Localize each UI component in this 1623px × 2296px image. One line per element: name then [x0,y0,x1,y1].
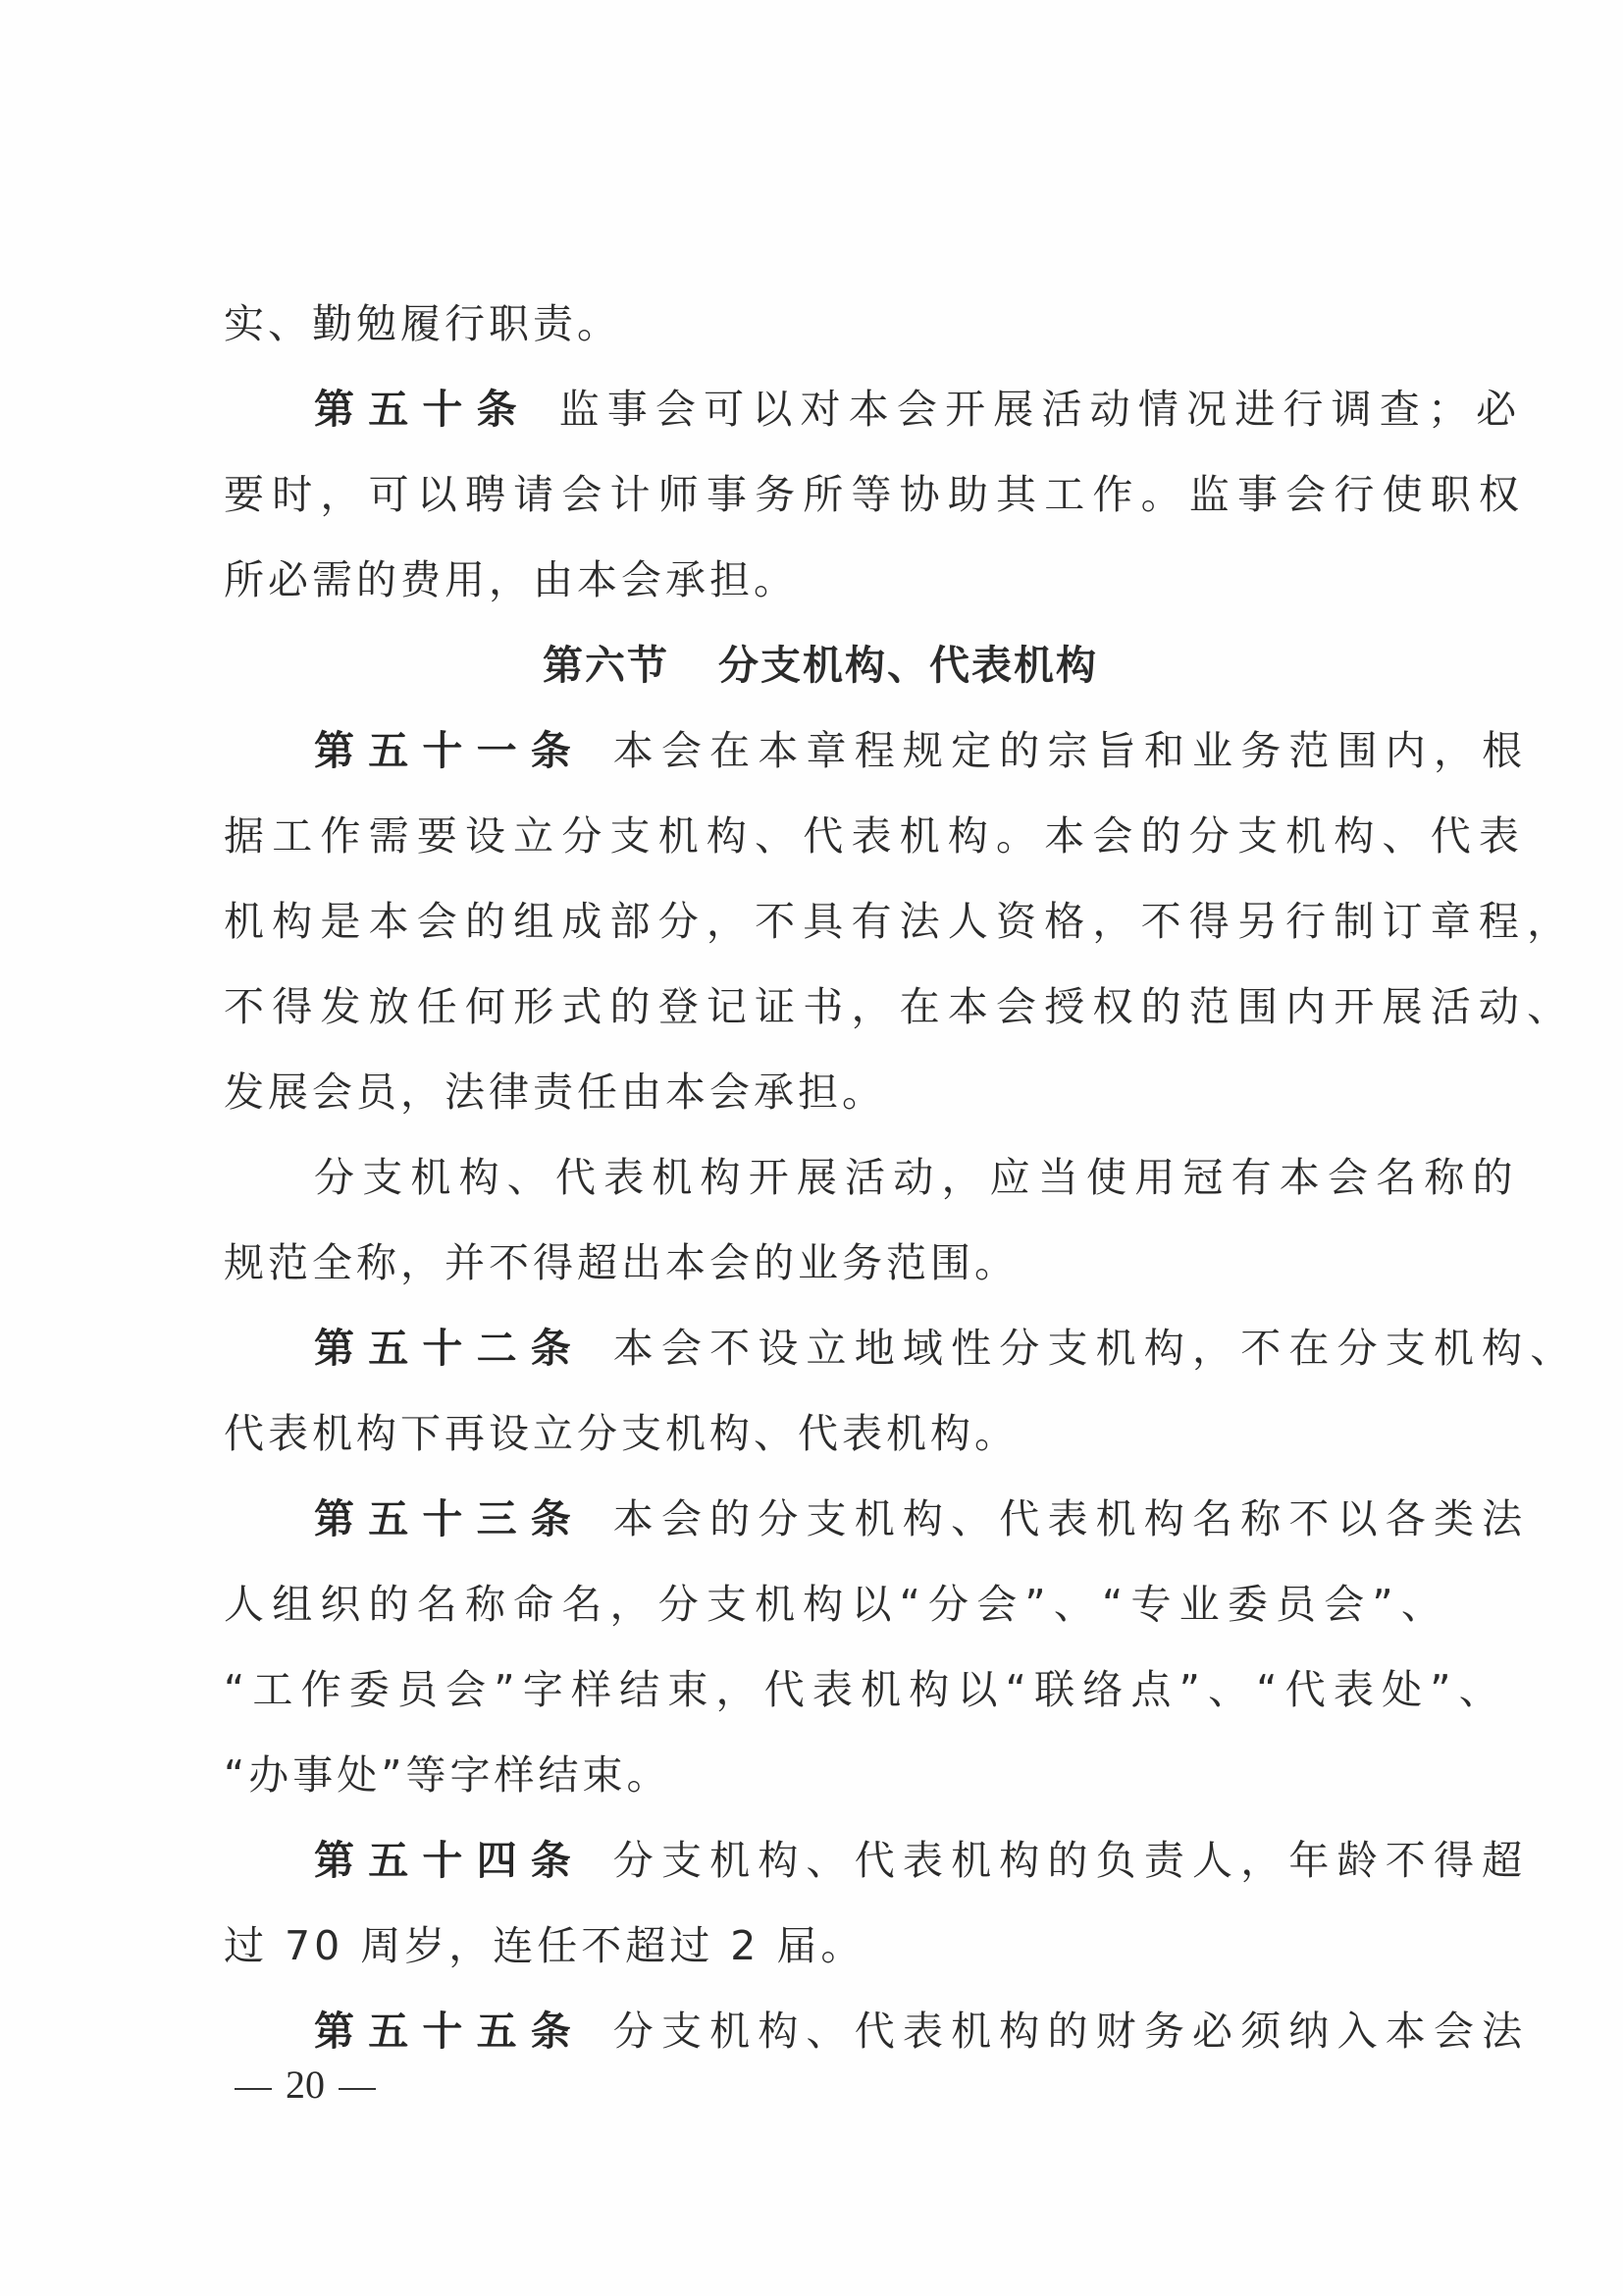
line-text: 本 会 的 分 支 机 构 、 代 表 机 构 名 称 不 以 各 类 法 [613,1495,1522,1542]
text-line: 机 构 是 本 会 的 组 成 部 分 ， 不 具 有 法 人 资 格 ， 不 … [224,879,1417,965]
line-text: 人 组 织 的 名 称 命 名 ， 分 支 机 构 以 “ 分 会 ” 、 “ … [224,1581,1441,1628]
line-text: 分 支 机 构 、 代 表 机 构 的 负 责 人 ， 年 龄 不 得 超 [613,1837,1522,1884]
line-text: 分 支 机 构 、 代 表 机 构 的 财 务 必 须 纳 入 本 会 法 [613,2008,1522,2055]
article-54-line: 第 五 十 四 条分 支 机 构 、 代 表 机 构 的 负 责 人 ， 年 龄… [224,1818,1417,1904]
line-text: 据 工 作 需 要 设 立 分 支 机 构 、 代 表 机 构 。 本 会 的 … [224,812,1519,860]
line-text: 代表机构下再设立分支机构、代表机构。 [224,1410,1019,1457]
line-text: 实、勤勉履行职责。 [224,300,621,347]
line-text: 不 得 发 放 任 何 形 式 的 登 记 证 书 ， 在 本 会 授 权 的 … [224,983,1567,1030]
line-text: 所必需的费用，由本会承担。 [224,556,798,603]
line-text: 本 会 在 本 章 程 规 定 的 宗 旨 和 业 务 范 围 内 ， 根 [613,727,1522,774]
article-51-line: 第 五 十 一 条本 会 在 本 章 程 规 定 的 宗 旨 和 业 务 范 围… [224,708,1417,794]
page-number: 20 [221,2061,390,2110]
text-line: 人 组 织 的 名 称 命 名 ， 分 支 机 构 以 “ 分 会 ” 、 “ … [224,1562,1417,1647]
article-label: 第 五 十 五 条 [314,2008,574,2055]
section-number: 第六节 [543,642,669,689]
line-text: 机 构 是 本 会 的 组 成 部 分 ， 不 具 有 法 人 资 格 ， 不 … [224,898,1567,945]
article-label: 第 五 十 四 条 [314,1837,574,1884]
line-text: 监 事 会 可 以 对 本 会 开 展 活 动 情 况 进 行 调 查 ； 必 [559,386,1517,433]
article-label: 第 五 十 二 条 [314,1325,574,1372]
line-text: 过 70 周岁，连任不超过 2 届。 [224,1922,864,1969]
document-page: 实、勤勉履行职责。 第 五 十 条监 事 会 可 以 对 本 会 开 展 活 动… [0,0,1623,2296]
line-text: 发展会员，法律责任由本会承担。 [224,1069,886,1116]
article-label: 第 五 十 条 [314,386,520,433]
article-label: 第 五 十 三 条 [314,1495,574,1542]
text-line: 规范全称，并不得超出本会的业务范围。 [224,1221,1417,1306]
line-text: “ 工 作 委 员 会 ” 字 样 结 束 ， 代 表 机 构 以 “ 联 络 … [224,1666,1499,1713]
text-line: 实、勤勉履行职责。 [224,282,1417,367]
article-label: 第 五 十 一 条 [314,727,574,774]
text-line: “办事处”等字样结束。 [224,1733,1417,1818]
article-52-line: 第 五 十 二 条本 会 不 设 立 地 域 性 分 支 机 构 ， 不 在 分… [224,1306,1417,1391]
dash-right [339,2088,376,2090]
line-text: 本 会 不 设 立 地 域 性 分 支 机 构 ， 不 在 分 支 机 构 、 [613,1325,1571,1372]
paragraph-line: 分 支 机 构 、 代 表 机 构 开 展 活 动 ， 应 当 使 用 冠 有 … [224,1135,1417,1221]
text-line: “ 工 作 委 员 会 ” 字 样 结 束 ， 代 表 机 构 以 “ 联 络 … [224,1647,1417,1733]
text-line: 发展会员，法律责任由本会承担。 [224,1050,1417,1135]
article-50-line: 第 五 十 条监 事 会 可 以 对 本 会 开 展 活 动 情 况 进 行 调… [224,367,1417,452]
page-number-value: 20 [286,2062,325,2107]
line-text: “办事处”等字样结束。 [224,1751,670,1799]
text-line: 过 70 周岁，连任不超过 2 届。 [224,1904,1417,1989]
line-text: 规范全称，并不得超出本会的业务范围。 [224,1239,1019,1286]
article-53-line: 第 五 十 三 条本 会 的 分 支 机 构 、 代 表 机 构 名 称 不 以… [224,1477,1417,1562]
text-line: 要 时 ， 可 以 聘 请 会 计 师 事 务 所 等 协 助 其 工 作 。 … [224,452,1417,538]
text-line: 据 工 作 需 要 设 立 分 支 机 构 、 代 表 机 构 。 本 会 的 … [224,794,1417,879]
dash-left [235,2088,272,2090]
section-heading: 第六节分支机构、代表机构 [224,623,1417,708]
document-body: 实、勤勉履行职责。 第 五 十 条监 事 会 可 以 对 本 会 开 展 活 动… [224,282,1417,2074]
line-text: 要 时 ， 可 以 聘 请 会 计 师 事 务 所 等 协 助 其 工 作 。 … [224,471,1519,518]
text-line: 所必需的费用，由本会承担。 [224,538,1417,623]
section-title: 分支机构、代表机构 [718,642,1098,689]
line-text: 分 支 机 构 、 代 表 机 构 开 展 活 动 ， 应 当 使 用 冠 有 … [314,1154,1513,1201]
text-line: 不 得 发 放 任 何 形 式 的 登 记 证 书 ， 在 本 会 授 权 的 … [224,965,1417,1050]
text-line: 代表机构下再设立分支机构、代表机构。 [224,1391,1417,1477]
article-55-line: 第 五 十 五 条分 支 机 构 、 代 表 机 构 的 财 务 必 须 纳 入… [224,1989,1417,2074]
